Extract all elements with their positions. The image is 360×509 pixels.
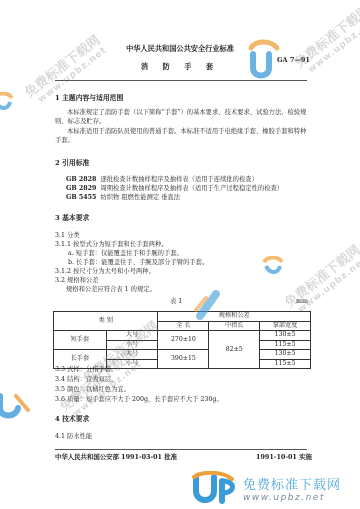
reference-title: 周期检查计数抽样程序及抽样表（适用于生产过程稳定性的检查） [100, 185, 283, 192]
reference-code: GB 2829 [66, 185, 96, 192]
section-1-paragraph-2: 本标准适用于消防队员使用的普通手套。本标准不适用于电绝缘手套、橡胶手套和特种手套… [55, 127, 307, 145]
up-logo-icon [245, 38, 285, 82]
section-1-paragraph-1: 本标准规定了消防手套（以下简称“手套”）的基本要求、技术要求、试验方法、检验规则… [55, 108, 307, 126]
brand-watermark: 免费标准下载网 www.upbz.net [243, 474, 341, 503]
reference-row: GB 2829 周期检查计数抽样程序及抽样表（适用于生产过程稳定性的检查） [66, 185, 283, 193]
brand-url: www.upbz.net [243, 493, 341, 503]
reference-row: GB 2828 逐批检查计数抽样程序及抽样表（适用于连续批的检查） [66, 176, 258, 184]
reference-title: 逐批检查计数抽样程序及抽样表（适用于连续批的检查） [100, 176, 257, 183]
up-logo-icon [0, 392, 34, 422]
clause-3-2-text: 规格和公差应符合表 1 的规定。 [66, 286, 156, 294]
clause-3-1: 3.1 分类 [55, 232, 80, 240]
up-logo-icon [0, 92, 14, 112]
approval-line: 中华人民共和国公安部 1991-03-01 批准 [55, 452, 177, 461]
reference-code: GB 5455 [66, 194, 96, 201]
brand-name: 免费标准下载网 [243, 474, 341, 493]
cell-palm: 130±5 [260, 331, 311, 341]
up-logo-icon [186, 286, 226, 322]
cell-palm: 130±5 [260, 350, 311, 360]
clause-3-2: 3.2 规格和公差 [55, 277, 99, 285]
reference-code: GB 2828 [66, 176, 96, 183]
reference-title: 纺织物 阻燃性能测定 垂直法 [100, 194, 180, 201]
table-caption: 表 1 [170, 298, 182, 306]
watermark-text: 免费标准下载网 www.upbz.net [280, 240, 360, 319]
clause-4-1: 4.1 防水性能 [55, 433, 92, 441]
header-length: 全 长 [158, 321, 209, 331]
clause-3-1-1-b: b. 长手套：能覆盖住手、手腕及部分手臂的手套。 [68, 259, 208, 267]
up-logo-icon [262, 256, 284, 276]
header-spec: 规格和公差 [158, 312, 311, 322]
document-page: 中华人民共和国公共安全行业标准 GA 7—91 消 防 手 套 1 主题内容与适… [0, 0, 360, 509]
clause-3-1-2: 3.1.2 按尺寸分为大号和小号两种。 [55, 268, 155, 276]
cell-short-glove: 短手套 [54, 331, 107, 350]
cell-palm: 115±5 [260, 359, 311, 369]
up-brand-logo-icon [192, 471, 240, 505]
effective-date: 1991-10-01 实施 [256, 452, 312, 461]
clause-3-1-1-a: a. 短手套：仅能覆盖住手和手腕的手套。 [68, 250, 183, 258]
clause-3-1-1: 3.1.1 按型式分为短手套和长手套两种。 [55, 241, 167, 249]
header-middle-finger: 中指长 [209, 321, 260, 331]
cell-middle-finger: 82±5 [209, 331, 260, 369]
section-2-heading: 2 引用标准 [55, 157, 89, 167]
cell-palm: 115±5 [260, 340, 311, 350]
header-palm-width: 掌部宽度 [260, 321, 311, 331]
footer-divider [55, 449, 307, 450]
cell-long-length: 390±15 [158, 350, 209, 369]
cell-short-length: 270±10 [158, 331, 209, 350]
reference-row: GB 5455 纺织物 阻燃性能测定 垂直法 [66, 194, 180, 202]
section-1-heading: 1 主题内容与适用范围 [55, 92, 123, 102]
section-3-heading: 3 基本要求 [55, 212, 89, 222]
